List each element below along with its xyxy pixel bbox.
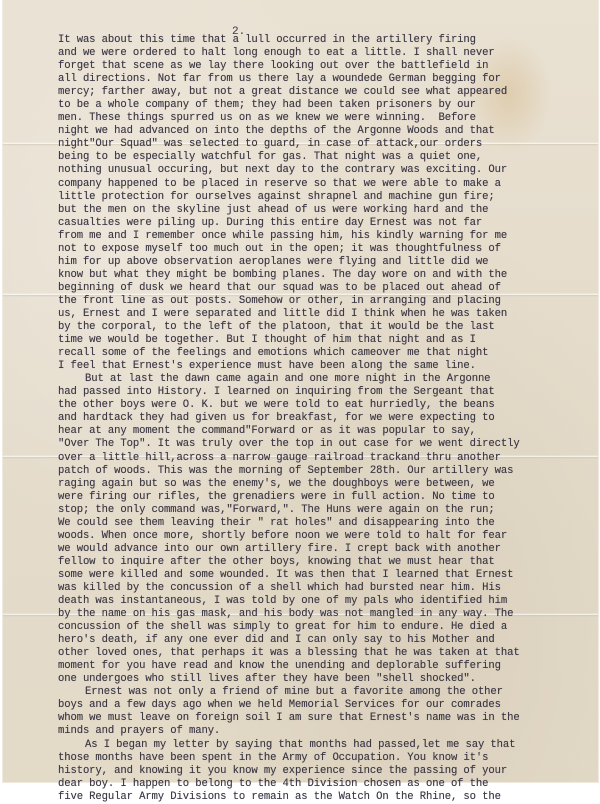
letter-line: But at last the dawn came again and one … <box>58 373 598 386</box>
letter-line: being to be especially watchful for gas.… <box>58 151 598 164</box>
letter-line: minds and prayers of many. <box>58 725 598 738</box>
letter-line: not to expose myself too much out in the… <box>58 243 598 256</box>
letter-line: all directions. Not far from us there la… <box>58 73 598 86</box>
letter-line: beginning of dusk we heard that our squa… <box>58 282 598 295</box>
letter-line: some were killed and some wounded. It wa… <box>58 569 598 582</box>
letter-line: As I began my letter by saying that mont… <box>58 739 598 752</box>
letter-line: were firing our rifles, the grenadiers w… <box>58 491 598 504</box>
letter-line: him for up above observation aeroplanes … <box>58 256 598 269</box>
letter-line: fellow to inquire after the other boys, … <box>58 556 598 569</box>
letter-line: I feel that Ernest's experience must hav… <box>58 360 598 373</box>
letter-line: other loved ones, that perhaps it was a … <box>58 647 598 660</box>
letter-line: know but what they might be bombing plan… <box>58 269 598 282</box>
letter-line: mercy; farther away, but not a great dis… <box>58 86 598 99</box>
letter-line: moment for you have read and know the un… <box>58 660 598 673</box>
letter-line: the front line as out posts. Somehow or … <box>58 295 598 308</box>
letter-page: 2. It was about this time that a lull oc… <box>3 0 598 782</box>
letter-line: we would advance into our own artillery … <box>58 543 598 556</box>
letter-line: hero's death, if any one ever did and I … <box>58 634 598 647</box>
letter-line: "Over The Top". It was truly over the to… <box>58 438 598 451</box>
letter-line: night"Our Squad" was selected to guard, … <box>58 138 598 151</box>
letter-line: from me and I remember once while passin… <box>58 230 598 243</box>
letter-line: dear boy. I happen to belong to the 4th … <box>58 778 598 788</box>
letter-line: and we were ordered to halt long enough … <box>58 47 598 60</box>
letter-line: little protection for ourselves against … <box>58 191 598 204</box>
letter-line: whom we must leave on foreign soil I am … <box>58 712 598 725</box>
letter-line: recall some of the feelings and emotions… <box>58 347 598 360</box>
letter-line: over a little hill,across a narrow gauge… <box>58 452 598 465</box>
letter-line: one undergoes who still lives after they… <box>58 673 598 686</box>
letter-line: and hardtack they had given us for break… <box>58 412 598 425</box>
letter-line: time we would be together. But I thought… <box>58 334 598 347</box>
letter-line: We could see them leaving their " rat ho… <box>58 517 598 530</box>
letter-line: boys and a few days ago when we held Mem… <box>58 699 598 712</box>
letter-line: forget that scene as we lay there lookin… <box>58 60 598 73</box>
letter-line: night we had advanced on into the depths… <box>58 125 598 138</box>
letter-line: stop; the only command was,"Forward,". T… <box>58 504 598 517</box>
letter-line: us, Ernest and I were separated and litt… <box>58 308 598 321</box>
letter-line: had passed into History. I learned on in… <box>58 386 598 399</box>
letter-line: death was instantaneous, I was told by o… <box>58 595 598 608</box>
letter-line: but the men on the skyline just ahead of… <box>58 204 598 217</box>
letter-line: was killed by the concussion of a shell … <box>58 582 598 595</box>
letter-line: hear at any moment the command"Forward o… <box>58 425 598 438</box>
letter-line: concussion of the shell was simply to gr… <box>58 621 598 634</box>
letter-line: by the corporal, to the left of the plat… <box>58 321 598 334</box>
letter-line: men. These things spurred us on as we kn… <box>58 112 598 125</box>
letter-line: It was about this time that a lull occur… <box>58 34 598 47</box>
letter-line: the other boys were O. K. but we were to… <box>58 399 598 412</box>
letter-line: Ernest was not only a friend of mine but… <box>58 686 598 699</box>
letter-line: patch of woods. This was the morning of … <box>58 465 598 478</box>
letter-body: It was about this time that a lull occur… <box>58 34 598 788</box>
letter-line: company happened to be placed in reserve… <box>58 178 598 191</box>
letter-line: those months have been spent in the Army… <box>58 752 598 765</box>
letter-line: nothing unusual occuring, but next day t… <box>58 164 598 177</box>
letter-line: history, and knowing it you know my expe… <box>58 765 598 778</box>
letter-line: by the name on his gas mask, and his bod… <box>58 608 598 621</box>
letter-line: casualties were piling up. During this e… <box>58 217 598 230</box>
letter-line: raging again but so was the enemy's, we … <box>58 478 598 491</box>
letter-line: woods. When once more, shortly before no… <box>58 530 598 543</box>
letter-line: to be a whole company of them; they had … <box>58 99 598 112</box>
